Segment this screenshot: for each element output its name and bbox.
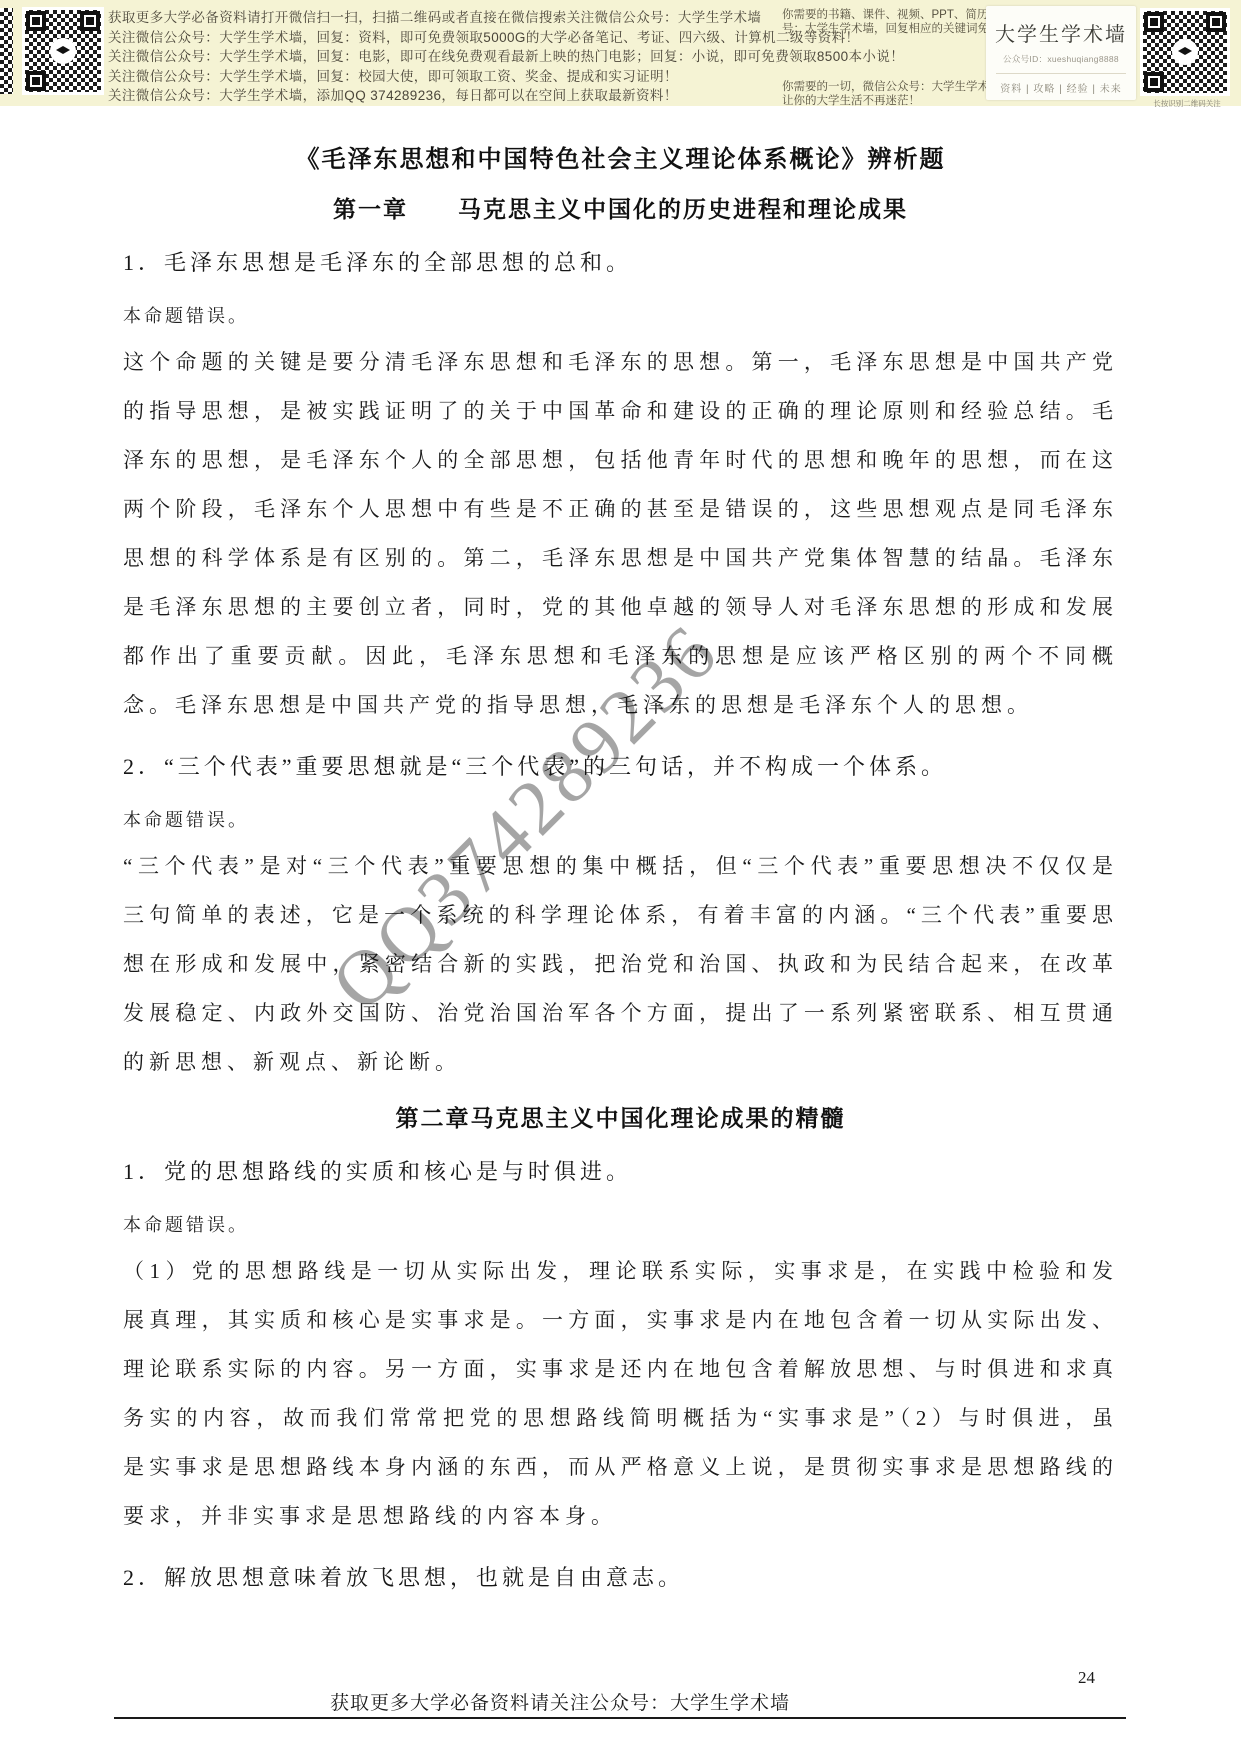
chapter1-question-1: 1．毛泽东思想是毛泽东的全部思想的总和。	[123, 248, 1118, 278]
promo-line-3: 关注微信公众号：大学生学术墙，回复：电影，即可在线免费观看最新上映的热门电影；回…	[108, 47, 904, 67]
chapter2-question-1-analysis: （1）党的思想路线是一切从实际出发，理论联系实际，实事求是，在实践中检验和发展真…	[123, 1247, 1118, 1541]
chapter-1-heading: 第一章 马克思主义中国化的历史进程和理论成果	[123, 194, 1118, 226]
chapter1-question-1-verdict: 本命题错误。	[123, 304, 1118, 328]
qr-finder-icon	[26, 11, 46, 31]
footer-rule	[114, 1717, 1126, 1719]
qr-caption: 长按识别二维码关注	[1142, 98, 1232, 109]
qr-finder-icon	[1144, 72, 1164, 92]
qr-finder-icon	[80, 11, 100, 31]
document-page: 获取更多大学必备资料请打开微信扫一扫，扫描二维码或者直接在微信搜索关注微信公众号…	[0, 0, 1241, 1754]
document-content: 《毛泽东思想和中国特色社会主义理论体系概论》辨析题 第一章 马克思主义中国化的历…	[123, 106, 1118, 1593]
qr-finder-icon	[1144, 12, 1164, 32]
chapter1-question-2-analysis: “三个代表”是对“三个代表”重要思想的集中概括，但“三个代表”重要思想决不仅仅是…	[123, 842, 1118, 1087]
brand-card: 大学生学术墙 公众号ID：xueshuqiang8888 资料 | 攻略 | 经…	[986, 6, 1136, 100]
qr-finder-icon	[1206, 12, 1226, 32]
graduation-cap-icon	[50, 38, 76, 64]
wechat-qr-code-left	[22, 7, 104, 95]
brand-account-id: 公众号ID：xueshuqiang8888	[986, 53, 1136, 65]
graduation-cap-icon	[1172, 39, 1198, 65]
wechat-qr-code-right	[1140, 8, 1230, 96]
footer-text: 获取更多大学必备资料请关注公众号：大学生学术墙	[0, 1688, 1120, 1715]
divider	[996, 73, 1126, 74]
chapter1-question-2: 2．“三个代表”重要思想就是“三个代表”的三句话，并不构成一个体系。	[123, 752, 1118, 782]
promo-banner: 获取更多大学必备资料请打开微信扫一扫，扫描二维码或者直接在微信搜索关注微信公众号…	[0, 0, 1241, 106]
brand-title: 大学生学术墙	[986, 18, 1136, 47]
qr-code-edge-fragment	[0, 8, 13, 94]
document-title: 《毛泽东思想和中国特色社会主义理论体系概论》辨析题	[123, 144, 1118, 176]
chapter2-question-1-verdict: 本命题错误。	[123, 1213, 1118, 1237]
chapter1-question-1-analysis: 这个命题的关键是要分清毛泽东思想和毛泽东的思想。第一，毛泽东思想是中国共产党的指…	[123, 338, 1118, 730]
chapter-2-heading: 第二章马克思主义中国化理论成果的精髓	[123, 1103, 1118, 1135]
page-number: 24	[1078, 1668, 1095, 1688]
chapter2-question-1: 1．党的思想路线的实质和核心是与时俱进。	[123, 1157, 1118, 1187]
chapter2-question-2: 2．解放思想意味着放飞思想，也就是自由意志。	[123, 1563, 1118, 1593]
brand-tags: 资料 | 攻略 | 经验 | 未来	[986, 80, 1136, 95]
chapter1-question-2-verdict: 本命题错误。	[123, 808, 1118, 832]
qr-finder-icon	[26, 71, 46, 91]
